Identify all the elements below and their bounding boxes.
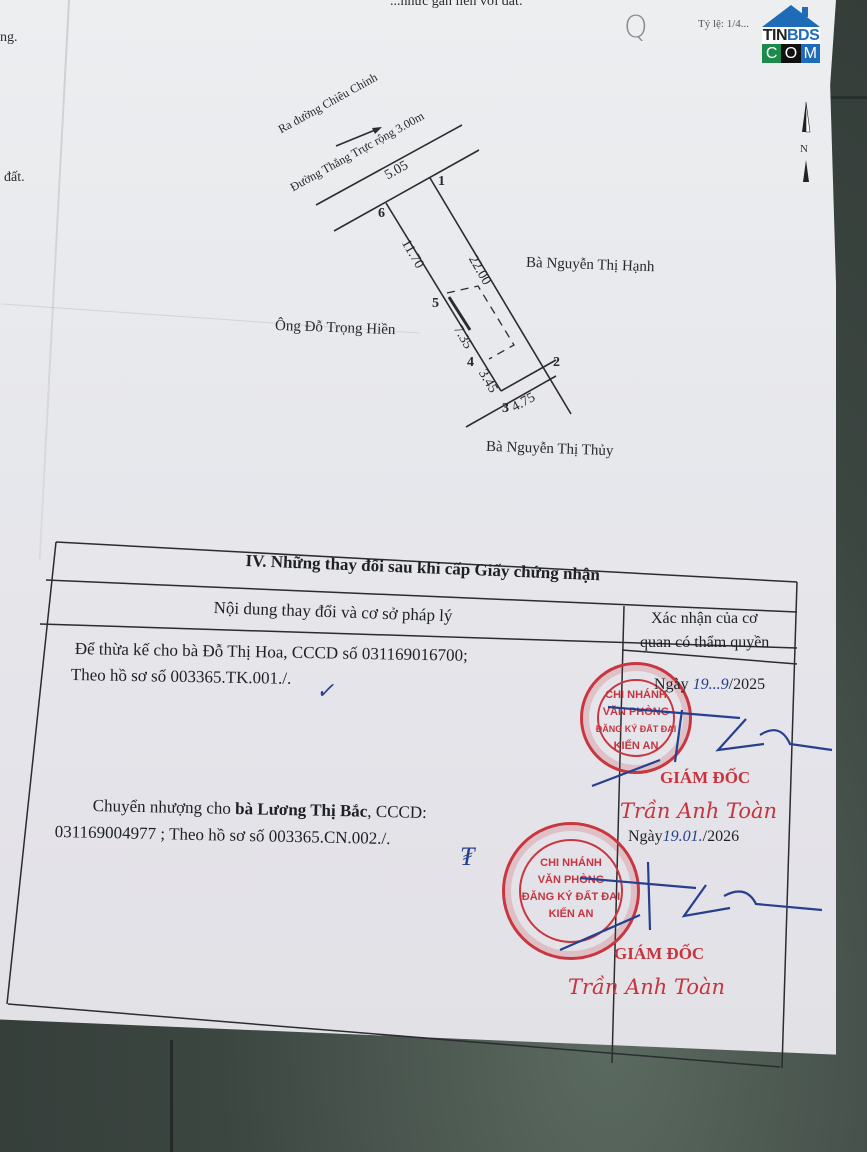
left-text-fragment: ng.: [0, 30, 18, 46]
logo-row-2: C O M: [762, 44, 820, 63]
official-stamp: CHI NHÁNH VĂN PHÒNG ĐĂNG KÝ ĐẤT ĐAI KIẾN…: [502, 822, 640, 960]
certificate-page: [0, 0, 836, 1062]
vertex-label: 3: [502, 401, 509, 417]
stamp-line: VĂN PHÒNG: [583, 704, 689, 721]
row1-signer-title: GIÁM ĐỐC: [660, 768, 750, 788]
stamp-line: CHI NHÁNH: [505, 855, 637, 872]
scale-label: Tỷ lệ: 1/4...: [698, 18, 749, 30]
paper-fold: [39, 0, 70, 559]
text-span: , CCCD:: [367, 802, 427, 822]
vertex-label: 2: [553, 355, 560, 371]
logo-letter: C: [762, 44, 781, 63]
stamp-text: CHI NHÁNH VĂN PHÒNG ĐĂNG KÝ ĐẤT ĐAI KIẾN…: [505, 855, 637, 923]
date-handwritten: 19...9: [693, 676, 729, 693]
initials-mark-icon: ₮: [460, 842, 474, 872]
row2-signer-title: GIÁM ĐỐC: [614, 944, 704, 964]
vertex-label: 5: [432, 296, 439, 312]
date-prefix: Ngày: [628, 828, 663, 845]
date-year: /2025: [729, 676, 765, 693]
vertex-label: 4: [467, 355, 474, 371]
column-header-confirm: quan có thẩm quyền: [640, 634, 769, 652]
stamp-line: KIẾN AN: [505, 906, 637, 923]
logo-row-1: TINBDS: [762, 27, 820, 44]
logo-letter: O: [781, 44, 800, 63]
row2-signer-name: Trần Anh Toàn: [568, 975, 725, 999]
row1-date: Ngày 19...9/2025: [654, 676, 765, 694]
floor-seam: [170, 1040, 173, 1152]
stamp-text: CHI NHÁNH VĂN PHÒNG ĐĂNG KÝ ĐẤT ĐAI KIẾN…: [583, 687, 689, 755]
checkmark-icon: ✓: [316, 678, 334, 704]
house-roof-icon: [762, 5, 820, 27]
handwritten-mark: Q: [624, 10, 648, 45]
header-fragment: ...nhưc gắn liền với đất:: [390, 0, 523, 10]
date-year: /2026: [703, 828, 739, 845]
left-text-fragment: đất.: [4, 170, 25, 186]
logo-text-tin: TIN: [763, 27, 787, 44]
logo-text-bds: BDS: [787, 27, 819, 44]
text-span: Chuyển nhượng cho: [93, 796, 236, 818]
row1-signer-name: Trần Anh Toàn: [620, 799, 777, 823]
stamp-line: ĐĂNG KÝ ĐẤT ĐAI: [583, 721, 689, 738]
recipient-name: bà Lương Thị Bắc: [235, 799, 368, 821]
date-handwritten: 19.01.: [663, 828, 703, 845]
vertex-label: 1: [438, 174, 445, 190]
stamp-line: VĂN PHÒNG: [505, 872, 637, 889]
row2-date: Ngày19.01./2026: [628, 828, 739, 846]
stamp-line: KIẾN AN: [583, 738, 689, 755]
floor-seam: [830, 96, 867, 99]
tinbds-logo: TINBDS C O M: [762, 5, 820, 63]
chimney-shape: [802, 7, 808, 17]
date-prefix: Ngày: [654, 676, 689, 693]
column-header-confirm: Xác nhận của cơ: [651, 610, 758, 628]
row1-content-line2: Theo hồ sơ số 003365.TK.001./.: [71, 665, 292, 689]
logo-letter: M: [801, 44, 820, 63]
vertex-label: 6: [378, 206, 385, 222]
stamp-line: ĐĂNG KÝ ĐẤT ĐAI: [505, 889, 637, 906]
